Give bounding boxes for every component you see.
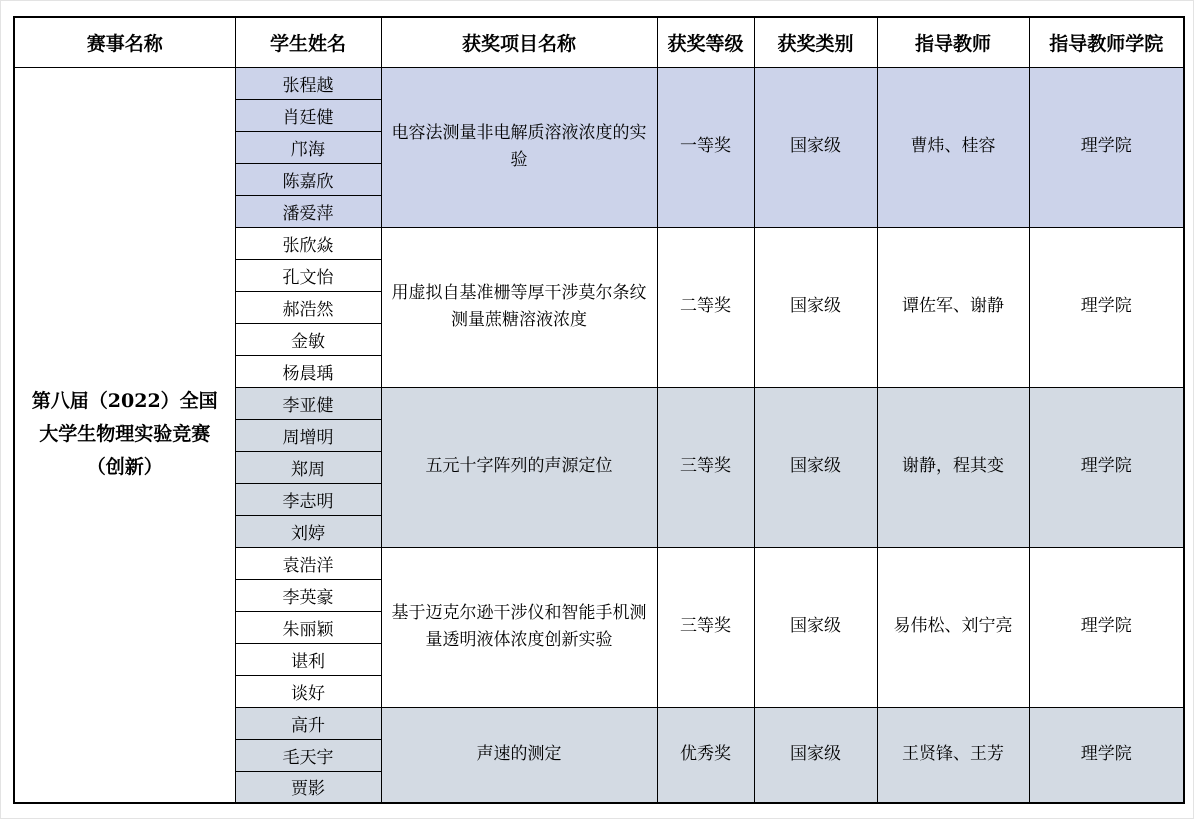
student-name: 贾影 (235, 771, 381, 803)
advisors: 谭佐军、谢静 (877, 227, 1029, 387)
award-level: 三等奖 (657, 547, 754, 707)
table-header-row: 赛事名称 学生姓名 获奖项目名称 获奖等级 获奖类别 指导教师 指导教师学院 (14, 17, 1184, 67)
student-name: 谌利 (235, 643, 381, 675)
student-name: 潘爱萍 (235, 195, 381, 227)
student-name: 李英豪 (235, 579, 381, 611)
project-name: 五元十字阵列的声源定位 (381, 387, 657, 547)
header-advisor: 指导教师 (877, 17, 1029, 67)
project-name: 用虚拟自基准栅等厚干涉莫尔条纹测量蔗糖溶液浓度 (381, 227, 657, 387)
award-category: 国家级 (754, 67, 877, 227)
award-level: 一等奖 (657, 67, 754, 227)
header-award-level: 获奖等级 (657, 17, 754, 67)
award-level: 优秀奖 (657, 707, 754, 803)
student-name: 袁浩洋 (235, 547, 381, 579)
student-name: 肖廷健 (235, 99, 381, 131)
table-row: 第八届（2022）全国大学生物理实验竞赛（创新） 张程越 电容法测量非电解质溶液… (14, 67, 1184, 99)
advisors: 谢静，程其变 (877, 387, 1029, 547)
student-name: 朱丽颖 (235, 611, 381, 643)
awards-table: 赛事名称 学生姓名 获奖项目名称 获奖等级 获奖类别 指导教师 指导教师学院 第… (13, 16, 1185, 804)
student-name: 刘婷 (235, 515, 381, 547)
advisor-college: 理学院 (1029, 227, 1184, 387)
student-name: 张程越 (235, 67, 381, 99)
student-name: 郝浩然 (235, 291, 381, 323)
advisors: 易伟松、刘宁亮 (877, 547, 1029, 707)
student-name: 李志明 (235, 483, 381, 515)
award-category: 国家级 (754, 387, 877, 547)
advisor-college: 理学院 (1029, 67, 1184, 227)
competition-name: 第八届（2022）全国大学生物理实验竞赛（创新） (14, 67, 235, 803)
student-name: 杨晨瑀 (235, 355, 381, 387)
award-level: 三等奖 (657, 387, 754, 547)
advisors: 王贤锋、王芳 (877, 707, 1029, 803)
header-competition: 赛事名称 (14, 17, 235, 67)
student-name: 郑周 (235, 451, 381, 483)
advisor-college: 理学院 (1029, 707, 1184, 803)
student-name: 张欣焱 (235, 227, 381, 259)
advisor-college: 理学院 (1029, 387, 1184, 547)
student-name: 毛天宇 (235, 739, 381, 771)
project-name: 声速的测定 (381, 707, 657, 803)
header-project-name: 获奖项目名称 (381, 17, 657, 67)
student-name: 周增明 (235, 419, 381, 451)
student-name: 谈好 (235, 675, 381, 707)
header-award-category: 获奖类别 (754, 17, 877, 67)
student-name: 孔文怡 (235, 259, 381, 291)
award-category: 国家级 (754, 547, 877, 707)
advisor-college: 理学院 (1029, 547, 1184, 707)
award-category: 国家级 (754, 707, 877, 803)
student-name: 高升 (235, 707, 381, 739)
award-category: 国家级 (754, 227, 877, 387)
award-level: 二等奖 (657, 227, 754, 387)
student-name: 陈嘉欣 (235, 163, 381, 195)
document-page: 赛事名称 学生姓名 获奖项目名称 获奖等级 获奖类别 指导教师 指导教师学院 第… (0, 0, 1194, 819)
project-name: 基于迈克尔逊干涉仪和智能手机测量透明液体浓度创新实验 (381, 547, 657, 707)
student-name: 邝海 (235, 131, 381, 163)
student-name: 李亚健 (235, 387, 381, 419)
header-advisor-college: 指导教师学院 (1029, 17, 1184, 67)
advisors: 曹炜、桂容 (877, 67, 1029, 227)
project-name: 电容法测量非电解质溶液浓度的实验 (381, 67, 657, 227)
student-name: 金敏 (235, 323, 381, 355)
header-student-name: 学生姓名 (235, 17, 381, 67)
